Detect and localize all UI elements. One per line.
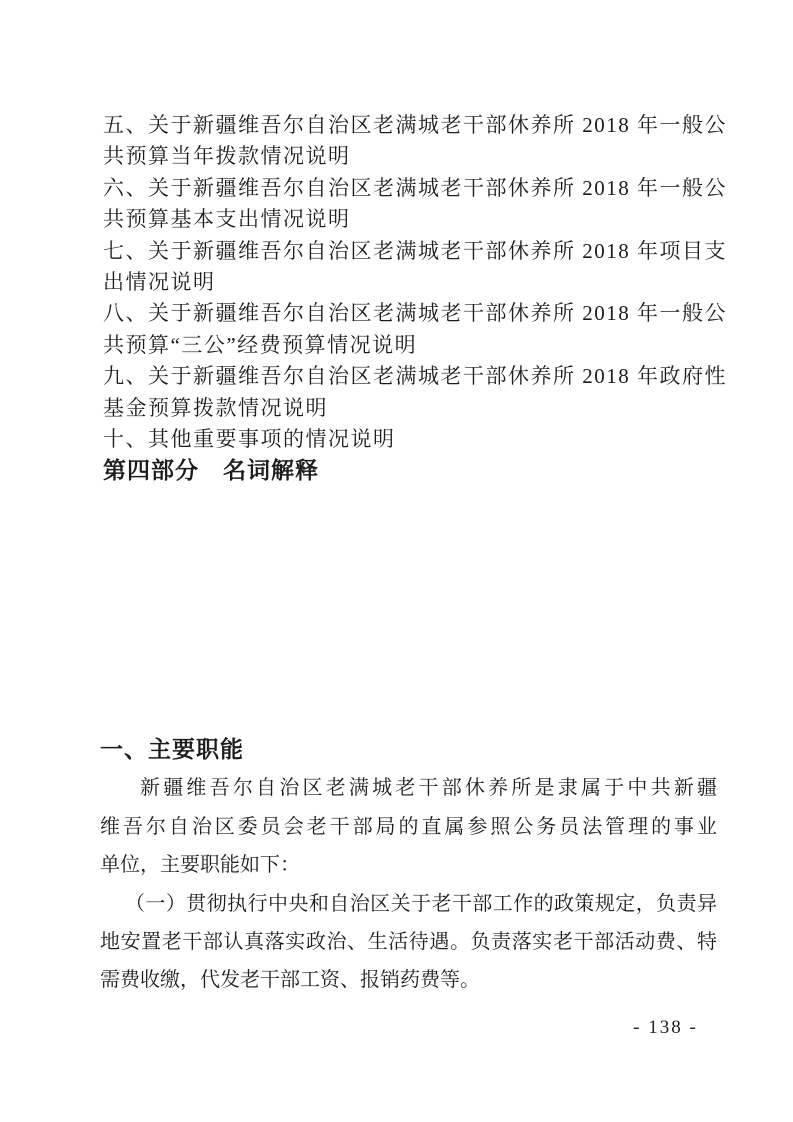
paragraph1-line2: 维吾尔自治区委员会老干部局的直属参照公务员法管理的事业: [100, 808, 717, 846]
toc-line-9-part1: 九、关于新疆维吾尔自治区老满城老干部休养所 2018 年政府性: [103, 361, 715, 392]
toc-line-5-part2: 共预算当年拨款情况说明: [103, 141, 715, 172]
section-heading-main-functions: 一、主要职能: [100, 731, 717, 769]
toc-line-5-part1: 五、关于新疆维吾尔自治区老满城老干部休养所 2018 年一般公: [103, 110, 715, 141]
page-number: - 138 -: [618, 1014, 713, 1042]
main-functions-section: 一、主要职能 新疆维吾尔自治区老满城老干部休养所是隶属于中共新疆 维吾尔自治区委…: [100, 731, 717, 1000]
paragraph1-line1: 新疆维吾尔自治区老满城老干部休养所是隶属于中共新疆: [100, 769, 717, 807]
document-page: 五、关于新疆维吾尔自治区老满城老干部休养所 2018 年一般公 共预算当年拨款情…: [0, 0, 793, 1122]
toc-line-10: 十、其他重要事项的情况说明: [103, 424, 715, 455]
paragraph2-line3: 需费收缴，代发老干部工资、报销药费等。: [100, 961, 717, 999]
toc-line-7-part1: 七、关于新疆维吾尔自治区老满城老干部休养所 2018 年项目支: [103, 236, 715, 267]
paragraph2-line1: （一）贯彻执行中央和自治区关于老干部工作的政策规定，负责异: [100, 885, 717, 923]
table-of-contents: 五、关于新疆维吾尔自治区老满城老干部休养所 2018 年一般公 共预算当年拨款情…: [103, 110, 715, 487]
toc-line-8-part1: 八、关于新疆维吾尔自治区老满城老干部休养所 2018 年一般公: [103, 298, 715, 329]
paragraph2-line2: 地安置老干部认真落实政治、生活待遇。负责落实老干部活动费、特: [100, 923, 717, 961]
toc-line-9-part2: 基金预算拨款情况说明: [103, 393, 715, 424]
paragraph1-line3: 单位，主要职能如下：: [100, 846, 717, 884]
part-four-heading: 第四部分 名词解释: [103, 455, 715, 486]
toc-line-6-part2: 共预算基本支出情况说明: [103, 204, 715, 235]
toc-line-7-part2: 出情况说明: [103, 267, 715, 298]
toc-line-8-part2: 共预算“三公”经费预算情况说明: [103, 330, 715, 361]
toc-line-6-part1: 六、关于新疆维吾尔自治区老满城老干部休养所 2018 年一般公: [103, 173, 715, 204]
